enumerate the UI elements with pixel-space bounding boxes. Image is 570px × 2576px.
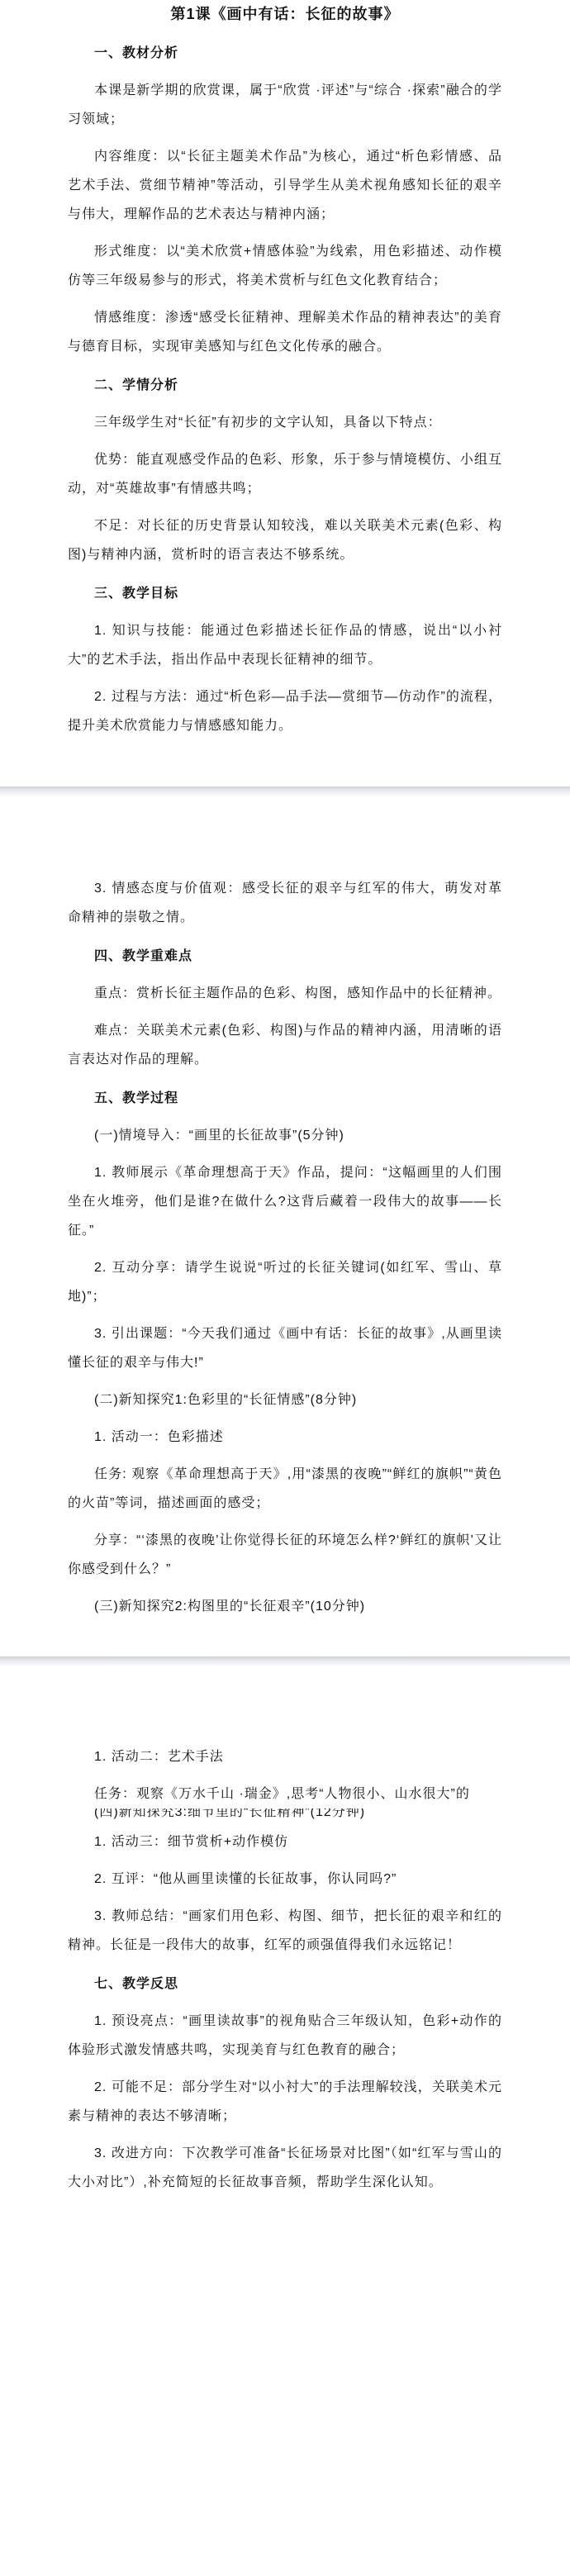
paragraph: 1. 活动一：色彩描述: [68, 1423, 502, 1452]
paragraph: (一)情境导入：“画里的长征故事”(5分钟): [68, 1121, 502, 1150]
paragraph: 1. 教师展示《革命理想高于天》作品，提问：“这幅画里的人们围坐在火堆旁，他们是…: [68, 1158, 502, 1245]
clipped-section-heading: (四)新知探究3:细节里的“长征精神”(12分钟): [68, 1808, 502, 1819]
paragraph: 1. 活动二：艺术手法: [68, 1742, 502, 1771]
paragraph: 内容维度：以“长征主题美术作品”为核心，通过“析色彩情感、品艺术手法、赏细节精神…: [68, 142, 502, 229]
document-viewer: 第1课《画中有话：长征的故事》一、教材分析本课是新学期的欣赏课，属于“欣赏 ·评…: [0, 0, 570, 2576]
paragraph: 任务: 观察《革命理想高于天》,用“漆黑的夜晚”“鲜红的旗帜”“黄色的火苗”等词…: [68, 1460, 502, 1518]
paragraph: (二)新知探究1:色彩里的“长征情感”(8分钟): [68, 1385, 502, 1414]
paragraph: 3. 改进方向：下次教学可准备“长征场景对比图”（如“红军与雪山的大小对比”）,…: [68, 2139, 502, 2197]
paragraph: 优势：能直观感受作品的色彩、形象，乐于参与情境模仿、小组互动，对“英雄故事”有情…: [68, 445, 502, 503]
section-heading: 四、教学重难点: [68, 942, 502, 971]
section-heading: 五、教学过程: [68, 1084, 502, 1113]
paragraph: 难点：关联美术元素(色彩、构图)与作品的精神内涵，用清晰的语言表达对作品的理解。: [68, 1016, 502, 1074]
paragraph: 情感维度：渗透“感受长征精神、理解美术作品的精神表达”的美育与德育目标，实现审美…: [68, 303, 502, 361]
paragraph: 分享：“‘漆黑的夜晚’让你觉得长征的环境怎么样?‘鲜红的旗帜’又让你感受到什么？…: [68, 1526, 502, 1584]
paragraph: 重点：赏析长征主题作品的色彩、构图，感知作品中的长征精神。: [68, 979, 502, 1008]
paragraph: 3. 教师总结：“画家们用色彩、构图、细节，把长征的艰辛和红的精神。长征是一段伟…: [68, 1902, 502, 1960]
page-2: 3. 情感态度与价值观：感受长征的艰辛与红军的伟大，萌发对革命精神的崇敬之情。四…: [0, 796, 570, 1656]
page-3: 1. 活动二：艺术手法任务：观察《万水千山 ·瑞金》,思考“人物很小、山水很大”…: [0, 1666, 570, 2576]
document-title: 第1课《画中有话：长征的故事》: [68, 0, 502, 29]
paragraph: 2. 互评：“他从画里读懂的长征故事，你认同吗?”: [68, 1865, 502, 1894]
paragraph: 三年级学生对“长征”有初步的文字认知，具备以下特点：: [68, 408, 502, 437]
paragraph: 2. 过程与方法：通过“析色彩—品手法—赏细节—仿动作”的流程，提升美术欣赏能力…: [68, 682, 502, 740]
paragraph: 3. 情感态度与价值观：感受长征的艰辛与红军的伟大，萌发对革命精神的崇敬之情。: [68, 874, 502, 932]
paragraph: 2. 可能不足：部分学生对“以小衬大”的手法理解较浅，关联美术元素与精神的表达不…: [68, 2073, 502, 2131]
paragraph: 3. 引出课题：“今天我们通过《画中有话：长征的故事》,从画里读懂长征的艰辛与伟…: [68, 1319, 502, 1377]
paragraph: 2. 互动分享：请学生说说“听过的长征关键词(如红军、雪山、草地)”；: [68, 1253, 502, 1311]
section-heading: 三、教学目标: [68, 579, 502, 608]
section-heading: 一、教材分析: [68, 39, 502, 68]
paragraph: (三)新知探究2:构图里的“长征艰辛”(10分钟): [68, 1592, 502, 1621]
paragraph: 1. 知识与技能：能通过色彩描述长征作品的情感，说出“以小衬大”的艺术手法，指出…: [68, 616, 502, 674]
section-heading: 七、教学反思: [68, 1970, 502, 1999]
section-heading: 二、学情分析: [68, 371, 502, 400]
paragraph: 1. 预设亮点：“画里读故事”的视角贴合三年级认知，色彩+动作的体验形式激发情感…: [68, 2007, 502, 2065]
page-break-divider: [0, 787, 570, 796]
page-break-divider: [0, 1656, 570, 1666]
paragraph: 不足：对长征的历史背景认知较浅，难以关联美术元素(色彩、构图)与精神内涵，赏析时…: [68, 511, 502, 569]
page-1: 第1课《画中有话：长征的故事》一、教材分析本课是新学期的欣赏课，属于“欣赏 ·评…: [0, 0, 570, 787]
paragraph: 1. 活动三：细节赏析+动作模仿: [68, 1827, 502, 1856]
paragraph: 形式维度：以“美术欣赏+情感体验”为线索，用色彩描述、动作模仿等三年级易参与的形…: [68, 237, 502, 295]
paragraph: 本课是新学期的欣赏课，属于“欣赏 ·评述”与“综合 ·探索”融合的学习领域；: [68, 76, 502, 134]
paragraph: 任务：观察《万水千山 ·瑞金》,思考“人物很小、山水很大”的: [68, 1780, 502, 1808]
clipped-section-heading-text: (四)新知探究3:细节里的“长征精神”(12分钟): [68, 1808, 502, 1819]
